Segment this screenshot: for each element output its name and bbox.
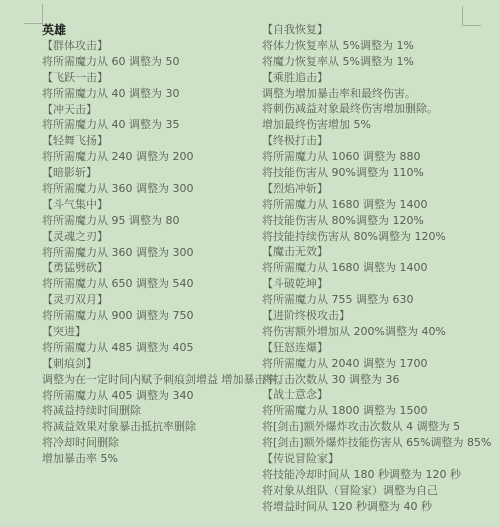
skill-name: 【魔击无效】 [262, 244, 480, 260]
skill-name: 【狂怒连爆】 [262, 340, 480, 356]
skill-name: 【群体攻击】 [42, 38, 260, 54]
skill-name: 【灵刃双月】 [42, 292, 260, 308]
skill-name: 【灵魂之刃】 [42, 229, 260, 245]
skill-change-line: 将所需魔力从 1680 调整为 1400 [262, 260, 480, 276]
skill-change-line: 将所需魔力从 900 调整为 750 [42, 308, 260, 324]
skill-change-line: 将技能伤害从 80%调整为 120% [262, 213, 480, 229]
skill-change-line: 将技能持续伤害从 80%调整为 120% [262, 229, 480, 245]
skill-change-line: 将所需魔力从 40 调整为 35 [42, 117, 260, 133]
skill-change-line: 将所需魔力从 1680 调整为 1400 [262, 197, 480, 213]
skill-change-line: 将刺伤减益对象最终伤害增加删除。 [262, 101, 480, 117]
skill-name: 【勇猛劈砍】 [42, 260, 260, 276]
skill-change-line: 调整为在一定时间内赋予刺痕剑增益 增加暴击率。 [42, 372, 260, 388]
left-column-entries: 【群体攻击】将所需魔力从 60 调整为 50【飞跃一击】将所需魔力从 40 调整… [42, 38, 260, 467]
skill-change-line: 将技能伤害从 90%调整为 110% [262, 165, 480, 181]
skill-change-line: 将所需魔力从 1800 调整为 1500 [262, 403, 480, 419]
skill-name: 【刺痕剑】 [42, 356, 260, 372]
skill-change-line: 将所需魔力从 1060 调整为 880 [262, 149, 480, 165]
skill-change-line: 将所需魔力从 2040 调整为 1700 [262, 356, 480, 372]
skill-change-line: 将[剑击]额外爆炸攻击次数从 4 调整为 5 [262, 419, 480, 435]
skill-name: 【斗破乾坤】 [262, 276, 480, 292]
skill-change-line: 将所需魔力从 755 调整为 630 [262, 292, 480, 308]
skill-change-line: 增加暴击率 5% [42, 451, 260, 467]
skill-name: 【烈焰冲斩】 [262, 181, 480, 197]
skill-name: 【斗气集中】 [42, 197, 260, 213]
skill-change-line: 将[剑击]额外爆炸技能伤害从 65%调整为 85% [262, 435, 480, 451]
skill-change-line: 将减益持续时间删除 [42, 403, 260, 419]
skill-change-line: 将技能冷却时间从 180 秒调整为 120 秒 [262, 467, 480, 483]
skill-change-line: 将所需魔力从 485 调整为 405 [42, 340, 260, 356]
skill-change-line: 将所需魔力从 405 调整为 340 [42, 388, 260, 404]
skill-name: 【突进】 [42, 324, 260, 340]
skill-name: 【暗影斩】 [42, 165, 260, 181]
skill-name: 【战士意念】 [262, 387, 480, 403]
skill-name: 【轻舞飞扬】 [42, 133, 260, 149]
skill-change-line: 将魔力恢复率从 5%调整为 1% [262, 54, 480, 70]
skill-change-line: 将所需魔力从 60 调整为 50 [42, 54, 260, 70]
skill-change-line: 将伤害额外增加从 200%调整为 40% [262, 324, 480, 340]
right-column-entries: 【自我恢复】将体力恢复率从 5%调整为 1%将魔力恢复率从 5%调整为 1%【乘… [262, 22, 480, 515]
skill-change-line: 将减益效果对象暴击抵抗率删除 [42, 419, 260, 435]
skill-change-line: 将所需魔力从 360 调整为 300 [42, 181, 260, 197]
skill-name: 【乘胜追击】 [262, 70, 480, 86]
right-column: 【自我恢复】将体力恢复率从 5%调整为 1%将魔力恢复率从 5%调整为 1%【乘… [262, 22, 480, 515]
skill-name: 【进阶终极攻击】 [262, 308, 480, 324]
skill-change-line: 增加最终伤害增加 5% [262, 117, 480, 133]
skill-change-line: 将体力恢复率从 5%调整为 1% [262, 38, 480, 54]
skill-name: 【冲天击】 [42, 102, 260, 118]
skill-change-line: 将冷却时间删除 [42, 435, 260, 451]
skill-name: 【传说冒险家】 [262, 451, 480, 467]
left-column: 英雄 【群体攻击】将所需魔力从 60 调整为 50【飞跃一击】将所需魔力从 40… [42, 22, 260, 467]
skill-change-line: 将所需魔力从 95 调整为 80 [42, 213, 260, 229]
skill-change-line: 将所需魔力从 360 调整为 300 [42, 245, 260, 261]
skill-change-line: 调整为增加暴击率和最终伤害。 [262, 86, 480, 102]
skill-name: 【自我恢复】 [262, 22, 480, 38]
skill-name: 【终极打击】 [262, 133, 480, 149]
skill-change-line: 将增益时间从 120 秒调整为 40 秒 [262, 499, 480, 515]
skill-change-line: 将所需魔力从 240 调整为 200 [42, 149, 260, 165]
skill-change-line: 将打击次数从 30 调整为 36 [262, 372, 480, 388]
page-title: 英雄 [42, 22, 260, 38]
skill-name: 【飞跃一击】 [42, 70, 260, 86]
skill-change-line: 将所需魔力从 650 调整为 540 [42, 276, 260, 292]
skill-change-line: 将所需魔力从 40 调整为 30 [42, 86, 260, 102]
skill-change-line: 将对象从组队（冒险家）调整为自己 [262, 483, 480, 499]
document-page: 英雄 【群体攻击】将所需魔力从 60 调整为 50【飞跃一击】将所需魔力从 40… [0, 0, 500, 527]
text-boundary-corner-mark-top-left [24, 4, 43, 24]
